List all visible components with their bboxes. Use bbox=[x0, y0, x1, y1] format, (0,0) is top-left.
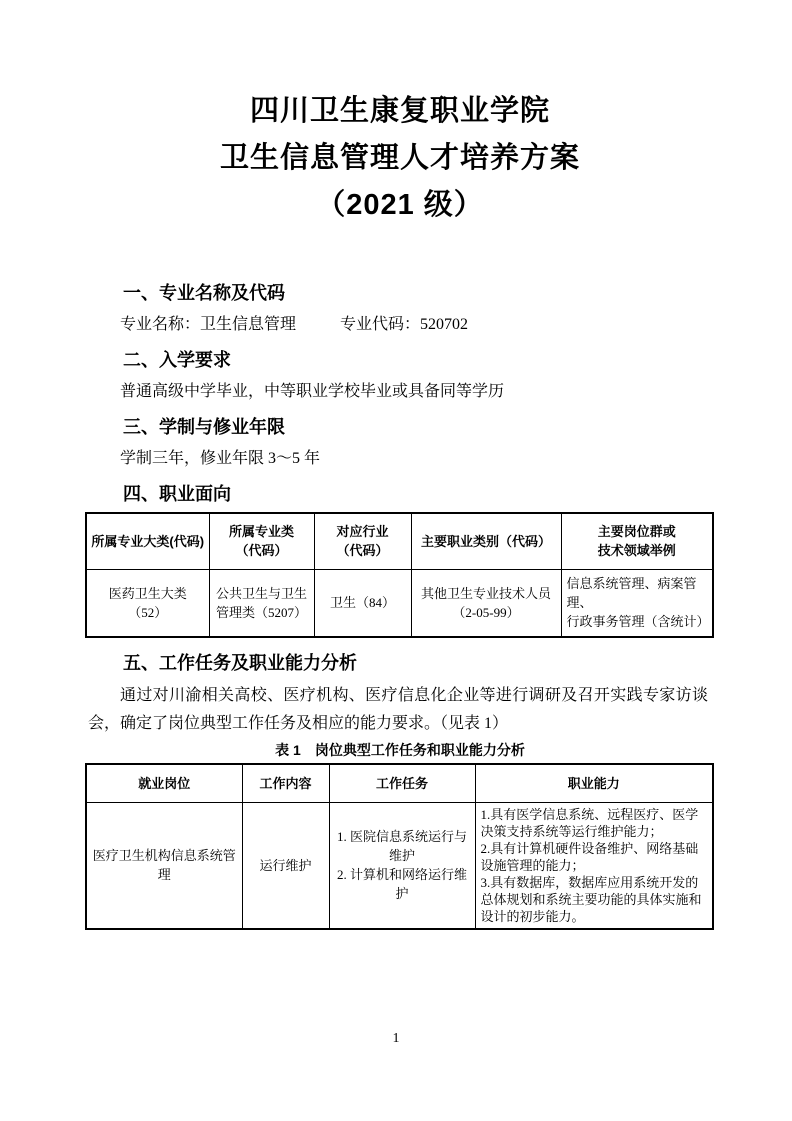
major-code-text: 专业代码：520702 bbox=[340, 316, 468, 333]
document-page: 四川卫生康复职业学院 卫生信息管理人才培养方案 （2021 级） 一、专业名称及… bbox=[0, 0, 792, 1121]
document-title: 四川卫生康复职业学院 卫生信息管理人才培养方案 （2021 级） bbox=[88, 88, 712, 229]
entry-requirements-text: 普通高级中学毕业，中等职业学校毕业或具备同等学历 bbox=[88, 380, 712, 404]
task-analysis-paragraph: 通过对川渝相关高校、医疗机构、医疗信息化企业等进行调研及召开实践专家访谈会，确定… bbox=[88, 682, 708, 738]
task-table-header-row: 就业岗位 工作内容 工作任务 职业能力 bbox=[86, 764, 713, 802]
title-line-college: 四川卫生康复职业学院 bbox=[88, 88, 712, 135]
schooling-years-text: 学制三年，修业年限 3～5 年 bbox=[88, 447, 712, 471]
section-heading-major-name-code: 一、专业名称及代码 bbox=[88, 280, 712, 306]
career-cell-major-category: 医药卫生大类 （52） bbox=[86, 569, 209, 637]
career-table-header-post-examples: 主要岗位群或 技术领域举例 bbox=[561, 513, 713, 569]
title-line-program: 卫生信息管理人才培养方案 bbox=[88, 135, 712, 182]
task-cell-work-content: 运行维护 bbox=[242, 802, 329, 929]
task-table-data-row: 医疗卫生机构信息系统管理 运行维护 1. 医院信息系统运行与维护 2. 计算机和… bbox=[86, 802, 713, 929]
career-table-data-row: 医药卫生大类 （52） 公共卫生与卫生 管理类（5207） 卫生（84） 其他卫… bbox=[86, 569, 713, 637]
task-table-header-ability: 职业能力 bbox=[475, 764, 713, 802]
section-heading-career-orientation: 四、职业面向 bbox=[88, 481, 712, 507]
career-table-header-row: 所属专业大类(代码) 所属专业类 （代码） 对应行业 （代码） 主要职业类别（代… bbox=[86, 513, 713, 569]
career-table-header-major-category: 所属专业大类(代码) bbox=[86, 513, 209, 569]
career-table-header-occupation-category: 主要职业类别（代码） bbox=[411, 513, 561, 569]
major-name-code-line: 专业名称：卫生信息管理专业代码：520702 bbox=[88, 313, 712, 337]
section-heading-schooling-years: 三、学制与修业年限 bbox=[88, 414, 712, 440]
section-heading-entry-requirements: 二、入学要求 bbox=[88, 347, 712, 373]
task-table-header-work-content: 工作内容 bbox=[242, 764, 329, 802]
task-table-header-work-task: 工作任务 bbox=[329, 764, 475, 802]
major-name-text: 专业名称：卫生信息管理 bbox=[120, 316, 296, 333]
task-table-header-post: 就业岗位 bbox=[86, 764, 242, 802]
task-ability-table: 就业岗位 工作内容 工作任务 职业能力 医疗卫生机构信息系统管理 运行维护 1.… bbox=[85, 763, 714, 930]
task-cell-post: 医疗卫生机构信息系统管理 bbox=[86, 802, 242, 929]
task-table-caption: 表 1 岗位典型工作任务和职业能力分析 bbox=[88, 740, 712, 761]
section-heading-task-ability-analysis: 五、工作任务及职业能力分析 bbox=[88, 650, 712, 676]
career-table-header-major-class: 所属专业类 （代码） bbox=[209, 513, 314, 569]
career-orientation-table: 所属专业大类(代码) 所属专业类 （代码） 对应行业 （代码） 主要职业类别（代… bbox=[85, 512, 714, 638]
career-table-header-industry: 对应行业 （代码） bbox=[314, 513, 411, 569]
task-cell-work-task: 1. 医院信息系统运行与维护 2. 计算机和网络运行维护 bbox=[329, 802, 475, 929]
task-cell-ability: 1.具有医学信息系统、远程医疗、医学决策支持系统等运行维护能力； 2.具有计算机… bbox=[475, 802, 713, 929]
career-cell-industry: 卫生（84） bbox=[314, 569, 411, 637]
page-number: 1 bbox=[0, 1030, 792, 1048]
career-cell-post-examples: 信息系统管理、病案管理、 行政事务管理（含统计） bbox=[561, 569, 713, 637]
title-line-cohort: （2021 级） bbox=[88, 182, 712, 229]
career-cell-occupation-category: 其他卫生专业技术人员 （2-05-99） bbox=[411, 569, 561, 637]
career-cell-major-class: 公共卫生与卫生 管理类（5207） bbox=[209, 569, 314, 637]
